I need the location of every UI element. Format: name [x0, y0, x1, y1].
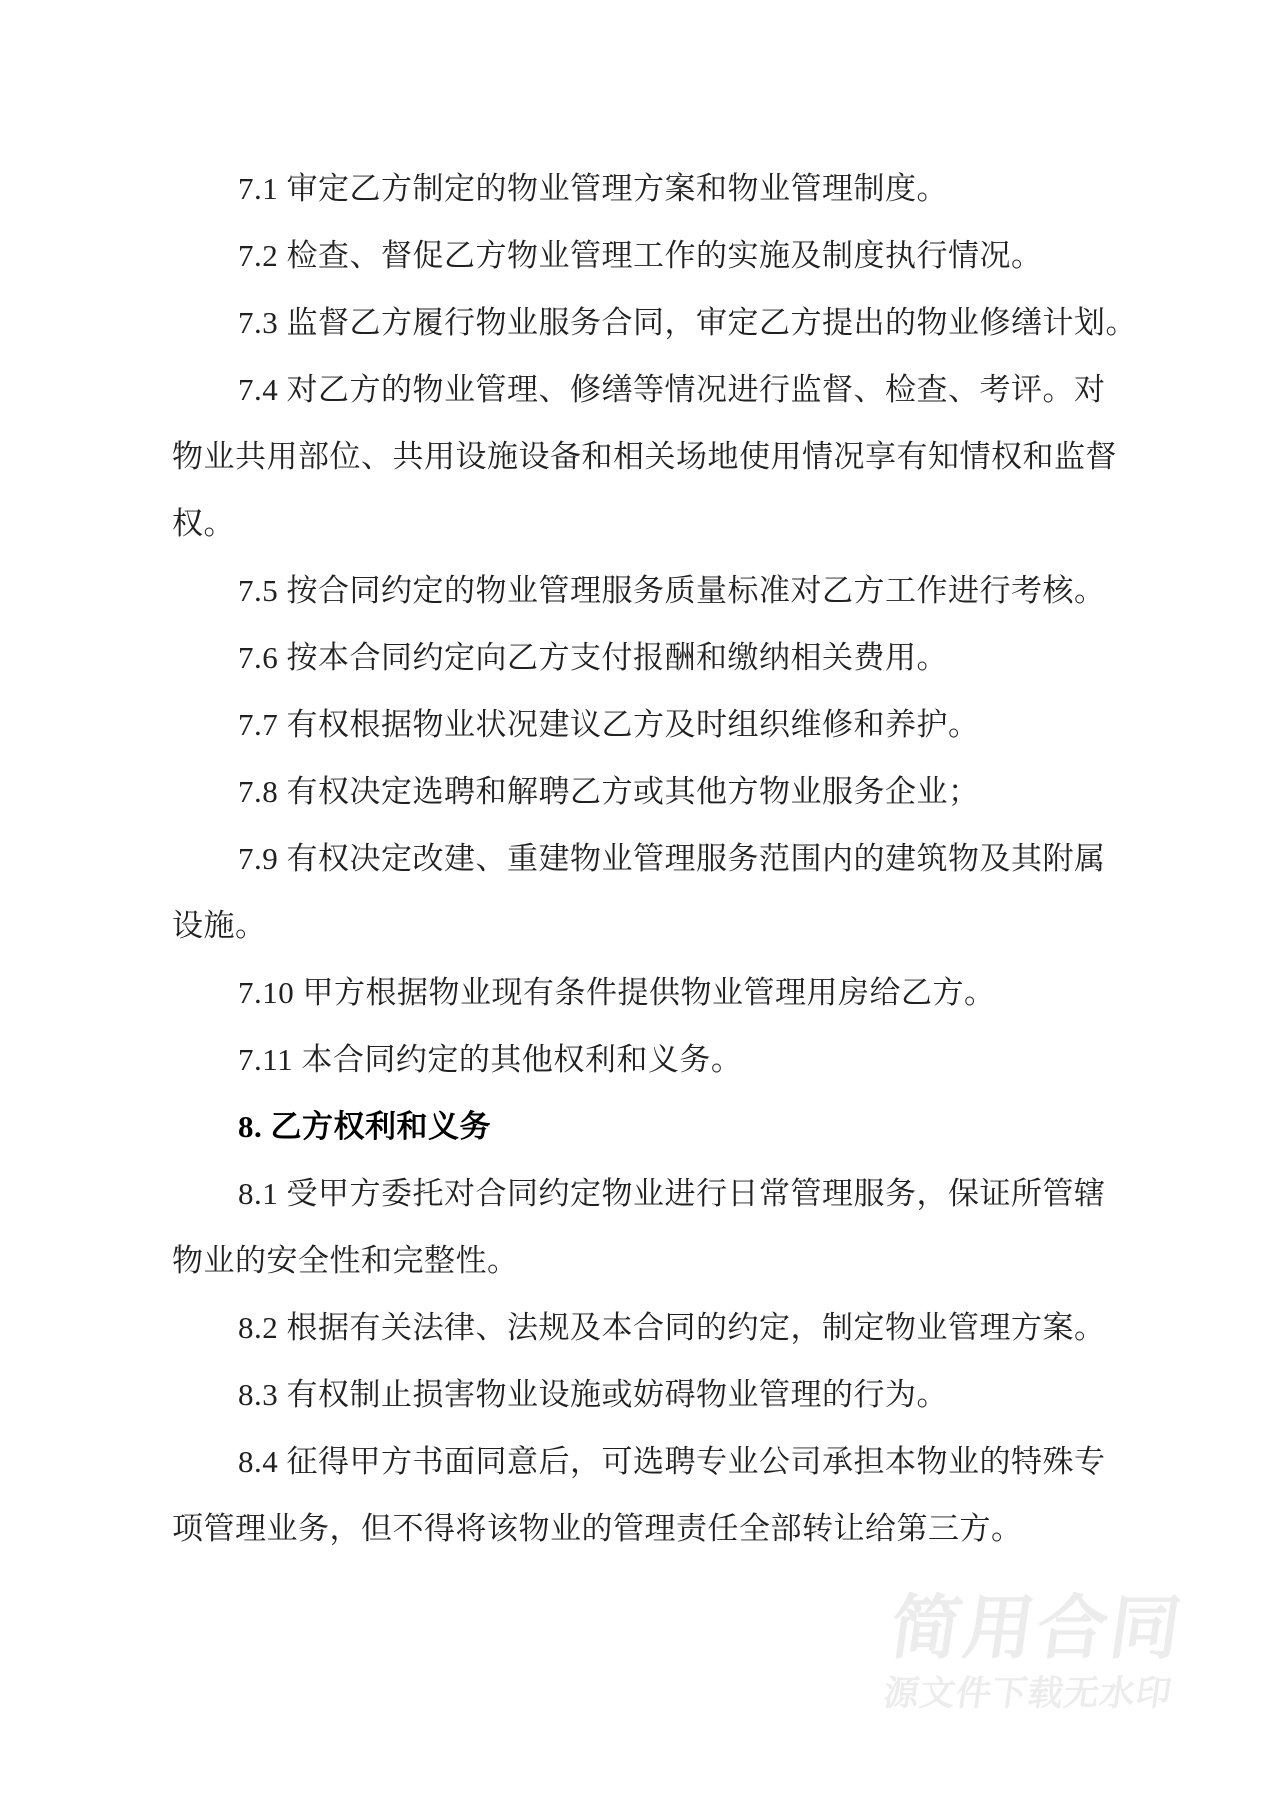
clause-7-11: 7.11 本合同约定的其他权利和义务。: [172, 1026, 1177, 1093]
clause-7-7: 7.7 有权根据物业状况建议乙方及时组织维修和养护。: [172, 691, 1177, 758]
watermark-logo-text: 简用合同: [886, 1588, 1189, 1668]
clause-8-3: 8.3 有权制止损害物业设施或妨碍物业管理的行为。: [172, 1361, 1177, 1428]
clause-7-4: 7.4 对乙方的物业管理、修缮等情况进行监督、检查、考评。对 物业共用部位、共用…: [172, 356, 1177, 557]
document-body: 7.1 审定乙方制定的物业管理方案和物业管理制度。 7.2 检查、督促乙方物业管…: [172, 155, 1177, 1562]
clause-8-2: 8.2 根据有关法律、法规及本合同的约定，制定物业管理方案。: [172, 1294, 1177, 1361]
watermark: 简用合同 源文件下载无水印: [879, 1588, 1189, 1714]
clause-7-1: 7.1 审定乙方制定的物业管理方案和物业管理制度。: [172, 155, 1177, 222]
clause-7-10: 7.10 甲方根据物业现有条件提供物业管理用房给乙方。: [172, 959, 1177, 1026]
clause-7-3: 7.3 监督乙方履行物业服务合同，审定乙方提出的物业修缮计划。: [172, 289, 1177, 356]
clause-7-2: 7.2 检查、督促乙方物业管理工作的实施及制度执行情况。: [172, 222, 1177, 289]
contract-document-page: 7.1 审定乙方制定的物业管理方案和物业管理制度。 7.2 检查、督促乙方物业管…: [0, 0, 1280, 1810]
clause-7-9: 7.9 有权决定改建、重建物业管理服务范围内的建筑物及其附属 设施。: [172, 825, 1177, 959]
clause-7-8: 7.8 有权决定选聘和解聘乙方或其他方物业服务企业；: [172, 758, 1177, 825]
clause-7-5: 7.5 按合同约定的物业管理服务质量标准对乙方工作进行考核。: [172, 557, 1177, 624]
watermark-subtitle: 源文件下载无水印: [879, 1674, 1177, 1714]
clause-8-1: 8.1 受甲方委托对合同约定物业进行日常管理服务，保证所管辖 物业的安全性和完整…: [172, 1160, 1177, 1294]
clause-8-4: 8.4 征得甲方书面同意后，可选聘专业公司承担本物业的特殊专 项管理业务，但不得…: [172, 1428, 1177, 1562]
clause-7-6: 7.6 按本合同约定向乙方支付报酬和缴纳相关费用。: [172, 624, 1177, 691]
section-8-heading: 8. 乙方权利和义务: [172, 1093, 1177, 1160]
